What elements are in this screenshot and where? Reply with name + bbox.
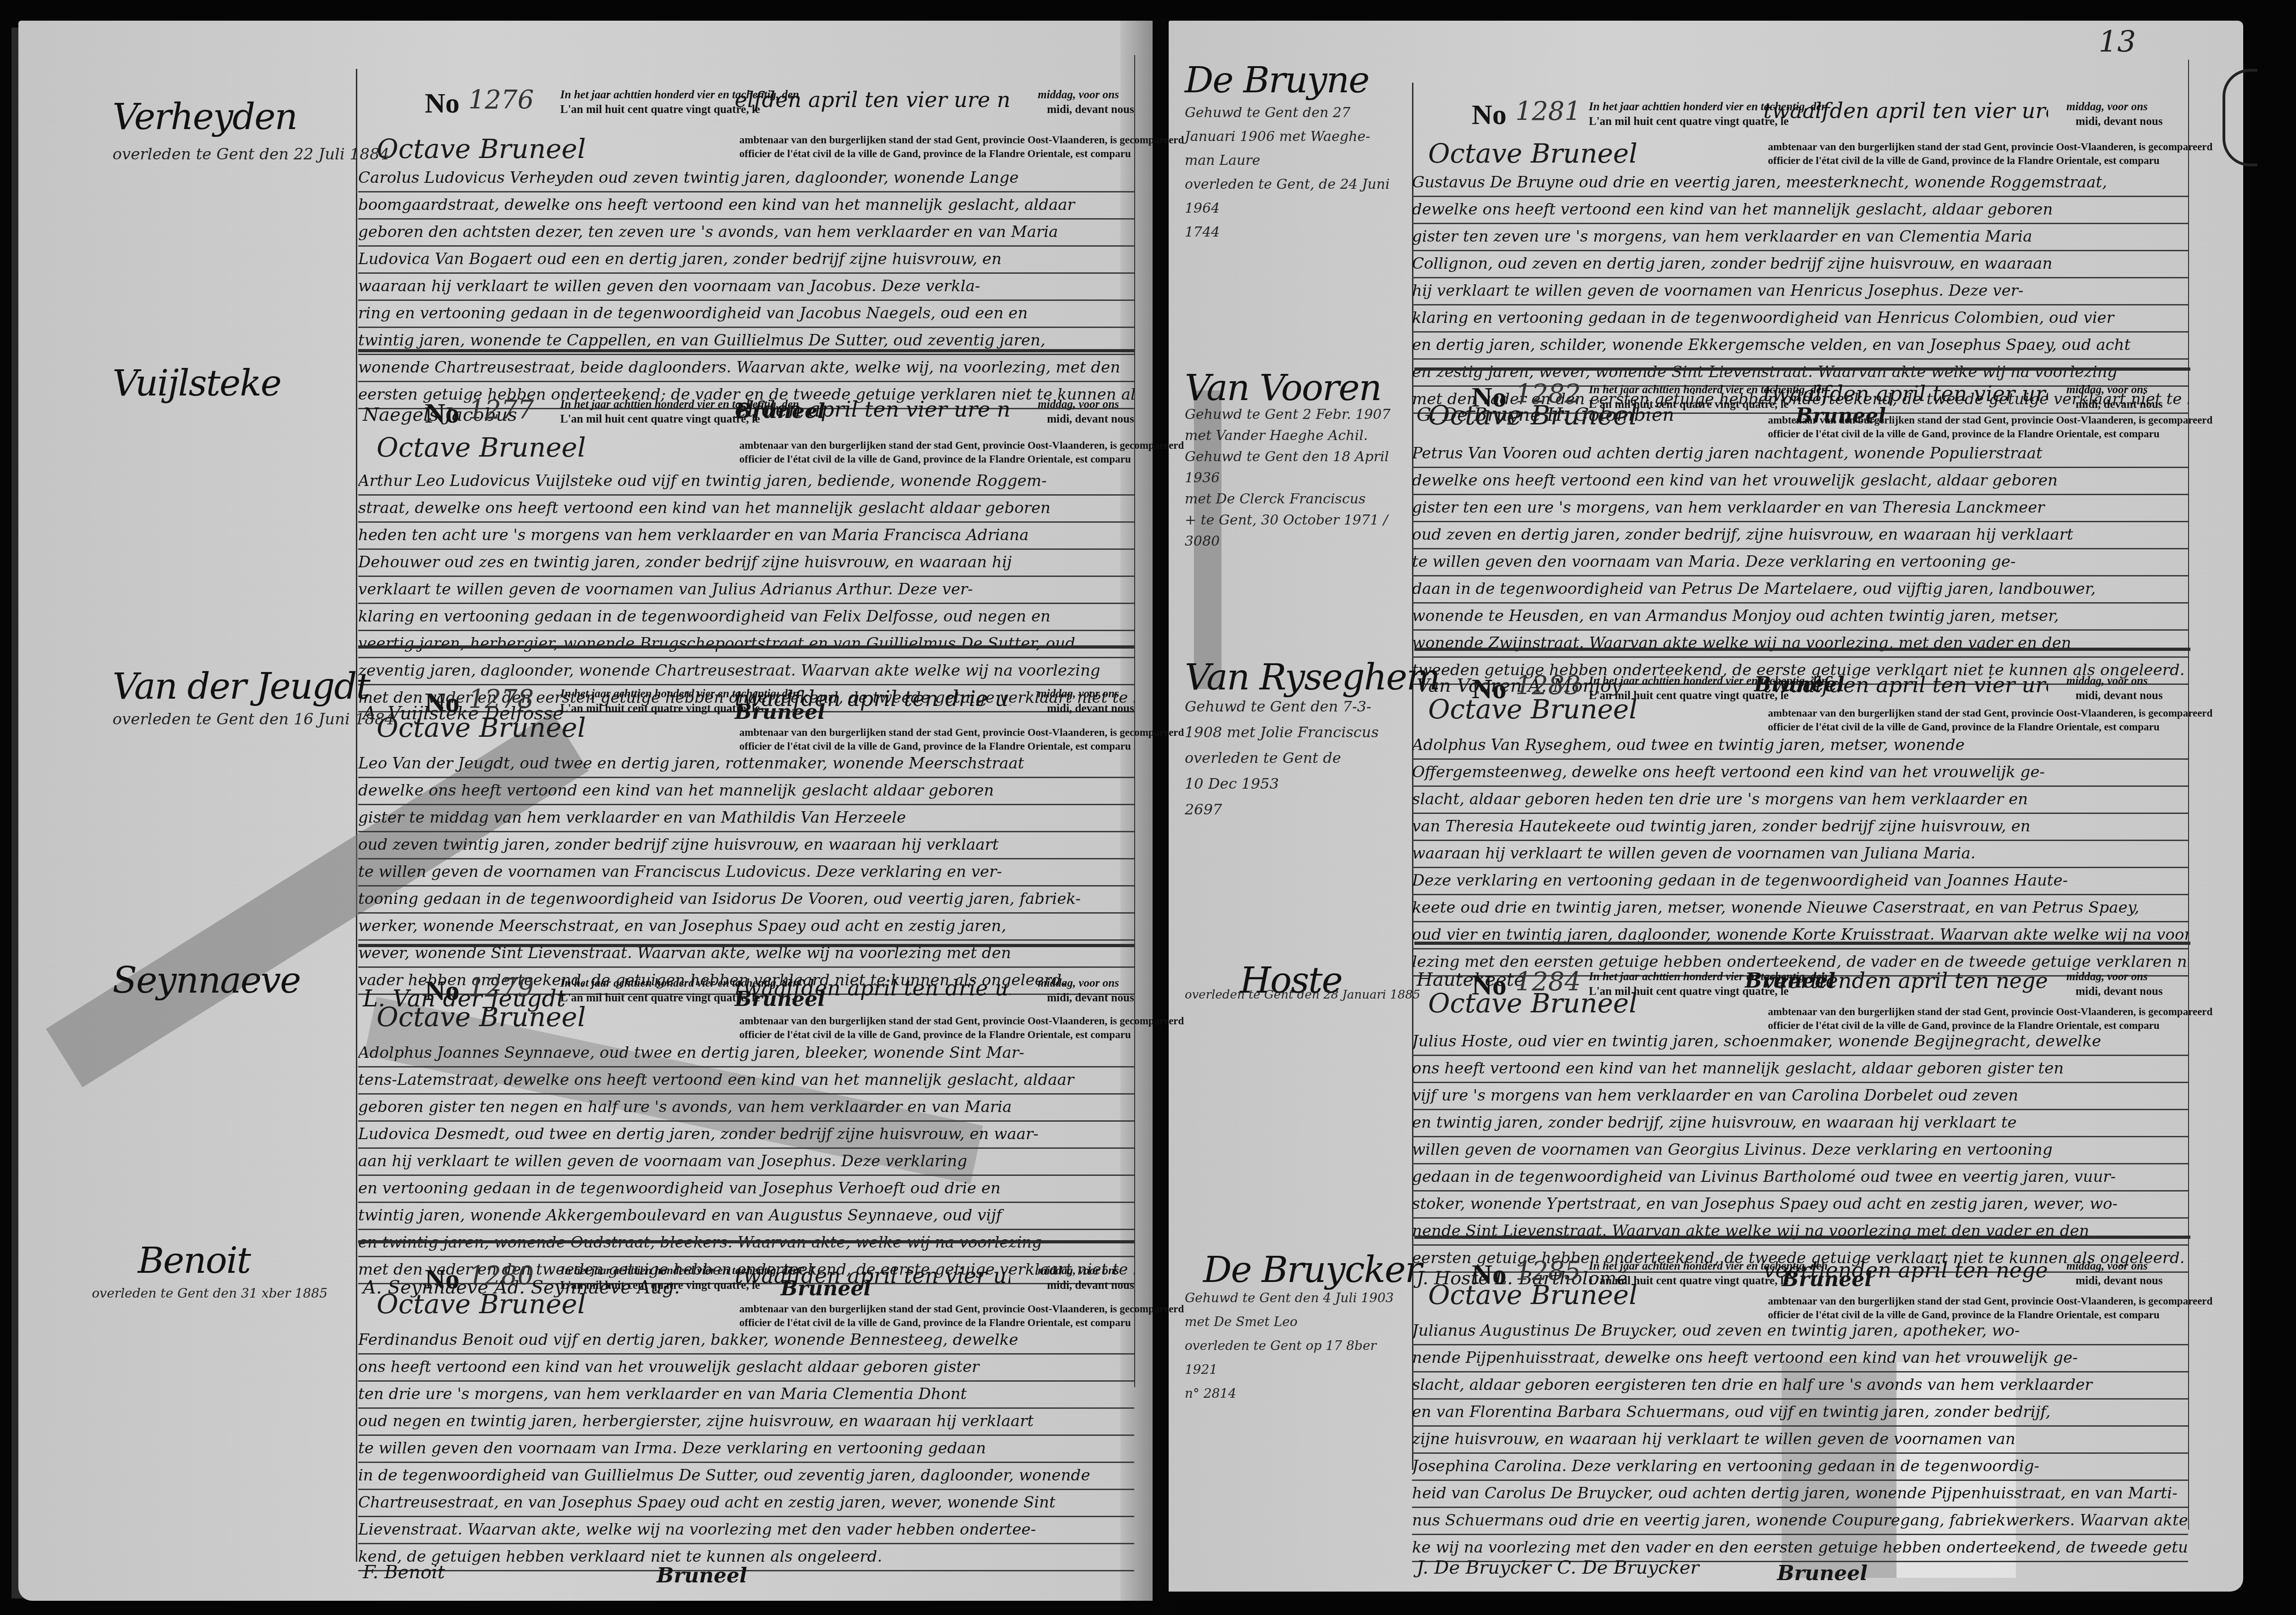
printed-time-nl: middag, voor ons: [1038, 88, 1119, 102]
printed-office-fr: officier de l'état civil de la ville de …: [739, 147, 1131, 161]
officer-name: Octave Bruneel: [377, 1288, 586, 1320]
record-number: 1278: [468, 684, 534, 714]
record-body: Ferdinandus Benoit oud vijf en dertig ja…: [358, 1327, 1134, 1571]
printed-office-nl: ambtenaar van den burgerlijken stand der…: [739, 439, 1184, 452]
printed-time-nl: middag, voor ons: [1038, 687, 1119, 701]
printed-time-fr: midi, devant nous: [2076, 985, 2163, 999]
printed-office-nl: ambtenaar van den burgerlijken stand der…: [1768, 413, 2212, 427]
record-body: Adolphus Van Ryseghem, oud twee en twint…: [1412, 733, 2188, 977]
printed-office-nl: ambtenaar van den burgerlijken stand der…: [1768, 1294, 2212, 1308]
entry-separator: [358, 944, 1134, 947]
record-entry: Vuijlsteke No 1277 In het jaar achttien …: [92, 363, 1134, 684]
handwritten-date: veertienden april ten negen ure voor: [1763, 968, 2048, 993]
witness-signatures: J. De Bruycker C. De Bruycker: [1417, 1557, 1699, 1578]
officer-signature: Bruneel: [657, 1564, 747, 1587]
officer-name: Octave Bruneel: [1428, 138, 1638, 169]
officer-name: Octave Bruneel: [1428, 694, 1638, 725]
printed-time-nl: middag, voor ons: [1038, 398, 1119, 412]
record-number: 1279: [468, 973, 534, 1003]
printed-time-fr: midi, devant nous: [2076, 689, 2163, 703]
printed-date-fr: L'an mil huit cent quatre vingt quatre, …: [560, 412, 760, 426]
printed-office-fr: officier de l'état civil de la ville de …: [739, 1028, 1131, 1042]
margin-surname: De Bruycker: [1203, 1249, 1421, 1291]
officer-name: Octave Bruneel: [377, 432, 586, 463]
printed-office-nl: ambtenaar van den burgerlijken stand der…: [1768, 1005, 2212, 1019]
printed-time-nl: middag, voor ons: [2066, 674, 2148, 688]
printed-date-fr: L'an mil huit cent quatre vingt quatre, …: [560, 103, 760, 117]
record-number: 1277: [468, 395, 534, 425]
printed-date-fr: L'an mil huit cent quatre vingt quatre, …: [1589, 115, 1789, 129]
margin-annotation: Gehuwd te Gent 2 Febr. 1907 met Vander H…: [1185, 404, 1405, 552]
printed-time-fr: midi, devant nous: [2076, 1274, 2163, 1288]
margin-surname: Benoit: [138, 1240, 250, 1282]
archive-stamp: [2223, 69, 2257, 166]
printed-date-fr: L'an mil huit cent quatre vingt quatre, …: [560, 991, 760, 1005]
printed-office-nl: ambtenaar van den burgerlijken stand der…: [1768, 140, 2212, 154]
printed-date-fr: L'an mil huit cent quatre vingt quatre, …: [560, 702, 760, 716]
printed-time-fr: midi, devant nous: [1047, 991, 1134, 1005]
entry-separator: [358, 349, 1134, 352]
record-number: 1276: [468, 85, 534, 115]
officer-name: Octave Bruneel: [377, 712, 586, 743]
record-entry: Van Vooren Gehuwd te Gent 2 Febr. 1907 m…: [1185, 367, 2195, 689]
left-outer-rule: [1134, 55, 1135, 1387]
handwritten-date: twaalfden april ten drie ure na: [735, 686, 1010, 711]
margin-annotation: Gehuwd te Gent den 7-3- 1908 met Jolie F…: [1185, 694, 1405, 822]
officer-name: Octave Bruneel: [1428, 988, 1638, 1019]
printed-time-nl: middag, voor ons: [2066, 100, 2148, 114]
officer-name: Octave Bruneel: [377, 133, 586, 164]
officer-signature: Bruneel: [1777, 1562, 1868, 1585]
printed-office-nl: ambtenaar van den burgerlijken stand der…: [1768, 706, 2212, 720]
entry-separator: [358, 1240, 1134, 1243]
handwritten-date: veertienden april ten negen ure voor: [1763, 1258, 2048, 1282]
officer-name: Octave Bruneel: [1428, 1279, 1638, 1310]
printed-office-nl: ambtenaar van den burgerlijken stand der…: [739, 1014, 1184, 1028]
margin-surname: Van Ryseghem: [1185, 657, 1440, 698]
margin-annotation: Gehuwd te Gent den 4 Juli 1903 met De Sm…: [1185, 1286, 1405, 1406]
printed-time-fr: midi, devant nous: [2076, 398, 2163, 412]
record-number-label: No: [1472, 99, 1507, 131]
witness-signatures: F. Benoit: [363, 1562, 445, 1583]
record-entry: De Bruyne Gehuwd te Gent den 27 Januari …: [1185, 51, 2195, 372]
margin-annotation: overleden te Gent den 16 Juni 1884: [113, 707, 394, 731]
record-entry: Verheyden overleden te Gent den 22 Juli …: [92, 51, 1134, 372]
printed-time-fr: midi, devant nous: [1047, 103, 1134, 117]
printed-office-fr: officier de l'état civil de la ville de …: [1768, 720, 2160, 734]
record-number: 1280: [468, 1261, 534, 1291]
printed-office-fr: officier de l'état civil de la ville de …: [1768, 154, 2160, 168]
entry-separator: [358, 645, 1134, 649]
printed-office-fr: officier de l'état civil de la ville de …: [739, 452, 1131, 466]
margin-surname: Van Vooren: [1185, 367, 1381, 409]
printed-time-fr: midi, devant nous: [1047, 412, 1134, 426]
record-entry: Van Ryseghem Gehuwd te Gent den 7-3- 190…: [1185, 648, 2195, 969]
printed-time-nl: middag, voor ons: [2066, 383, 2148, 397]
margin-surname: Vuijlsteke: [113, 363, 281, 404]
record-number-label: No: [425, 87, 460, 120]
printed-time-nl: middag, voor ons: [1038, 1264, 1119, 1278]
margin-surname: Seynnaeve: [113, 960, 300, 1001]
entry-separator: [1414, 367, 2190, 371]
officer-name: Octave Bruneel: [377, 1001, 586, 1033]
printed-time-fr: midi, devant nous: [1047, 1279, 1134, 1293]
entry-separator: [1414, 648, 2190, 651]
officer-name: Octave Bruneel: [1428, 400, 1638, 431]
book-spine: [1153, 18, 1169, 1615]
handwritten-date: twaalfden april ten drie ure na: [735, 976, 1010, 1000]
record-entry: Seynnaeve No 1279 In het jaar achttien h…: [92, 960, 1134, 1282]
record-entry: Benoit overleden te Gent den 31 xber 188…: [92, 1240, 1134, 1562]
printed-time-nl: middag, voor ons: [1038, 977, 1119, 990]
handwritten-date: elfden april ten vier ure na: [735, 397, 1010, 422]
margin-annotation: Gehuwd te Gent den 27 Januari 1906 met W…: [1185, 101, 1405, 244]
handwritten-date: twaalfden april ten vier ure na: [1763, 381, 2048, 406]
record-number-label: No: [425, 397, 460, 430]
record-entry: Hoste overleden te Gent den 28 Januari 1…: [1185, 951, 2195, 1272]
margin-surname: Van der Jeugdt: [113, 666, 370, 707]
printed-time-nl: middag, voor ons: [2066, 970, 2148, 984]
handwritten-date: twaalfden april ten vier ure na: [735, 1263, 1010, 1288]
record-entry: De Bruycker Gehuwd te Gent den 4 Juli 19…: [1185, 1240, 2195, 1562]
entry-separator: [1414, 1236, 2190, 1239]
printed-time-fr: midi, devant nous: [2076, 115, 2163, 129]
printed-office-nl: ambtenaar van den burgerlijken stand der…: [739, 726, 1184, 740]
margin-annotation: overleden te Gent den 31 xber 1885: [92, 1282, 327, 1305]
printed-office-nl: ambtenaar van den burgerlijken stand der…: [739, 133, 1184, 147]
margin-surname: De Bruyne: [1185, 60, 1369, 101]
handwritten-date: twaalfden april ten vier ure na: [1763, 98, 2048, 123]
record-body: Julianus Augustinus De Bruycker, oud zev…: [1412, 1318, 2188, 1562]
printed-date-fr: L'an mil huit cent quatre vingt quatre, …: [560, 1279, 760, 1293]
handwritten-date: elfden april ten vier ure na: [735, 87, 1010, 112]
record-number: 1281: [1515, 96, 1581, 126]
printed-time-fr: midi, devant nous: [1047, 702, 1134, 716]
margin-surname: Verheyden: [113, 96, 297, 138]
entry-separator: [1414, 942, 2190, 945]
printed-office-nl: ambtenaar van den burgerlijken stand der…: [739, 1302, 1184, 1316]
record-body: Leo Van der Jeugdt, oud twee en dertig j…: [358, 751, 1134, 995]
record-entry: Van der Jeugdt overleden te Gent den 16 …: [92, 661, 1134, 983]
margin-annotation: overleden te Gent den 28 Januari 1885: [1185, 983, 1420, 1007]
printed-office-fr: officier de l'état civil de la ville de …: [1768, 427, 2160, 441]
margin-annotation: overleden te Gent den 22 Juli 1884: [113, 142, 389, 166]
printed-time-nl: middag, voor ons: [2066, 1259, 2148, 1273]
handwritten-date: twaalfden april ten vier ure na: [1763, 672, 2048, 697]
